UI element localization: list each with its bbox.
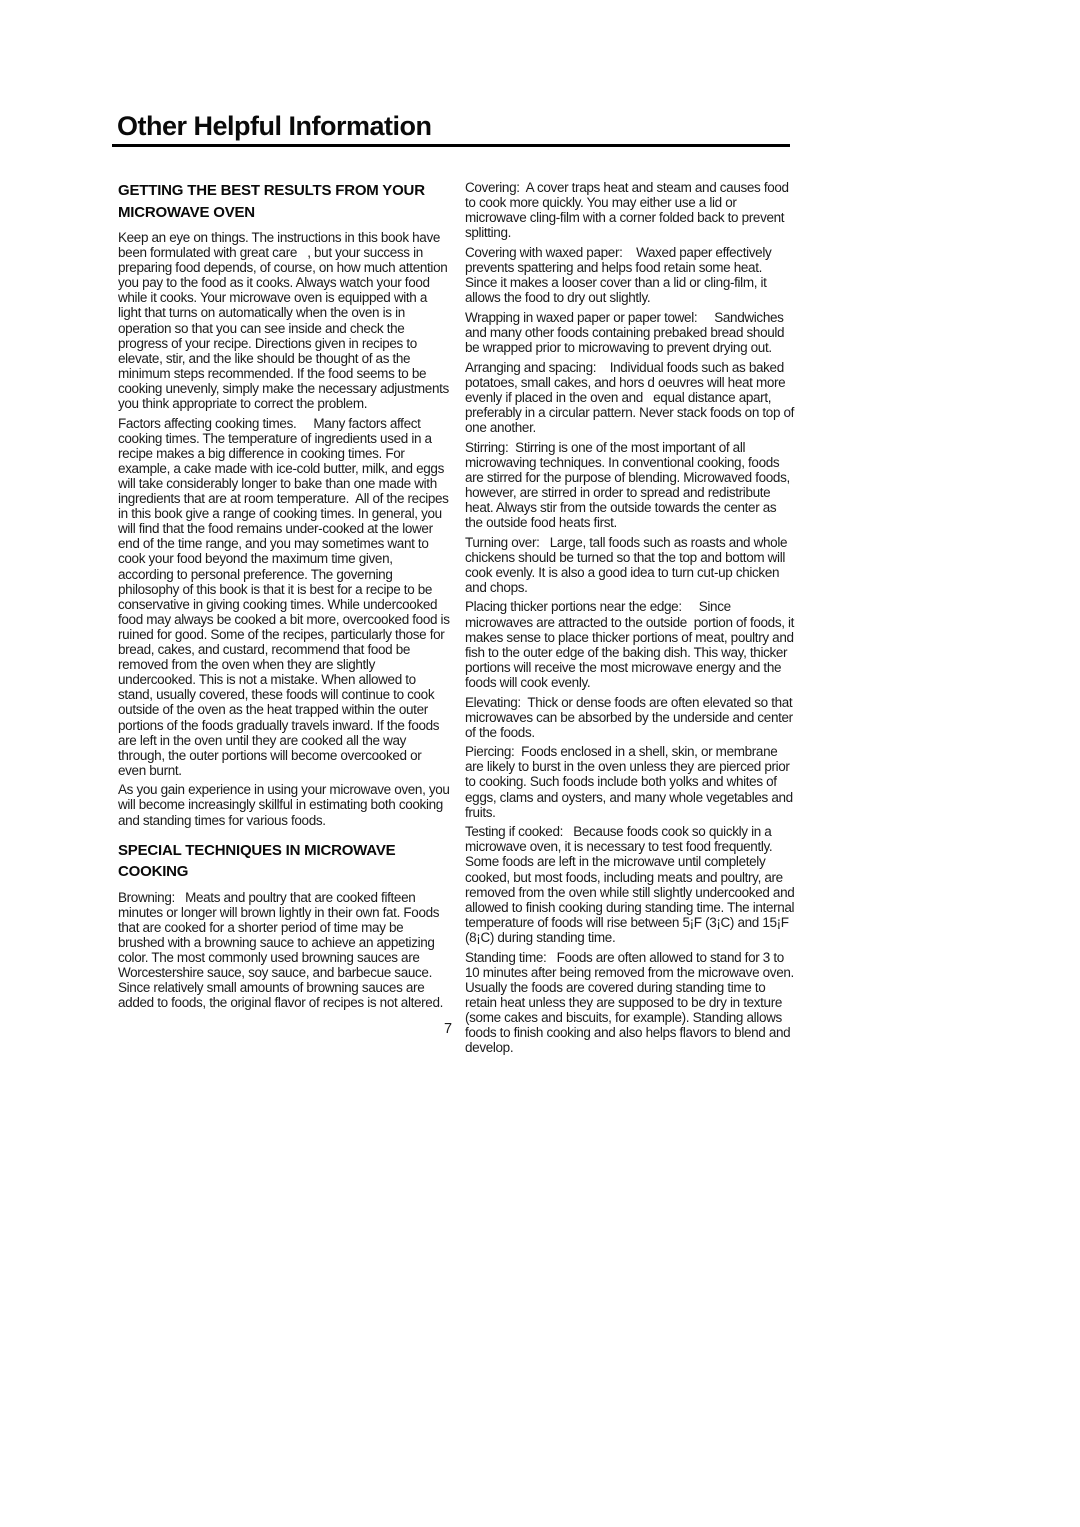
paragraph: Testing if cooked: Because foods cook so…: [465, 824, 797, 945]
section-heading: SPECIAL TECHNIQUES IN MICROWAVE COOKING: [118, 840, 450, 883]
paragraph: Standing time: Foods are often allowed t…: [465, 950, 797, 1056]
paragraph: Placing thicker portions near the edge: …: [465, 599, 797, 690]
paragraph: Stirring: Stirring is one of the most im…: [465, 440, 797, 531]
paragraph: Elevating: Thick or dense foods are ofte…: [465, 695, 797, 740]
right-column: Covering: A cover traps heat and steam a…: [465, 180, 797, 1060]
page-title: Other Helpful Information: [112, 110, 790, 142]
paragraph: Arranging and spacing: Individual foods …: [465, 360, 797, 435]
section-best-results: GETTING THE BEST RESULTS FROM YOUR MICRO…: [118, 180, 450, 828]
paragraph: Factors affecting cooking times. Many fa…: [118, 416, 450, 778]
paragraph: Covering with waxed paper: Waxed paper e…: [465, 245, 797, 305]
paragraph: As you gain experience in using your mic…: [118, 782, 450, 827]
paragraph: Turning over: Large, tall foods such as …: [465, 535, 797, 595]
page-number: 7: [444, 1021, 452, 1037]
section-heading: GETTING THE BEST RESULTS FROM YOUR MICRO…: [118, 180, 450, 223]
page-title-block: Other Helpful Information: [112, 110, 790, 147]
paragraph: Covering: A cover traps heat and steam a…: [465, 180, 797, 240]
paragraph: Keep an eye on things. The instructions …: [118, 230, 450, 411]
paragraph: Wrapping in waxed paper or paper towel: …: [465, 310, 797, 355]
content-columns: GETTING THE BEST RESULTS FROM YOUR MICRO…: [118, 180, 798, 1060]
paragraph: Browning: Meats and poultry that are coo…: [118, 890, 450, 1011]
paragraph: Piercing: Foods enclosed in a shell, ski…: [465, 744, 797, 819]
left-column: GETTING THE BEST RESULTS FROM YOUR MICRO…: [118, 180, 450, 1060]
section-special-techniques: SPECIAL TECHNIQUES IN MICROWAVE COOKING …: [118, 840, 450, 1011]
document-page: Other Helpful Information GETTING THE BE…: [0, 0, 1080, 1527]
